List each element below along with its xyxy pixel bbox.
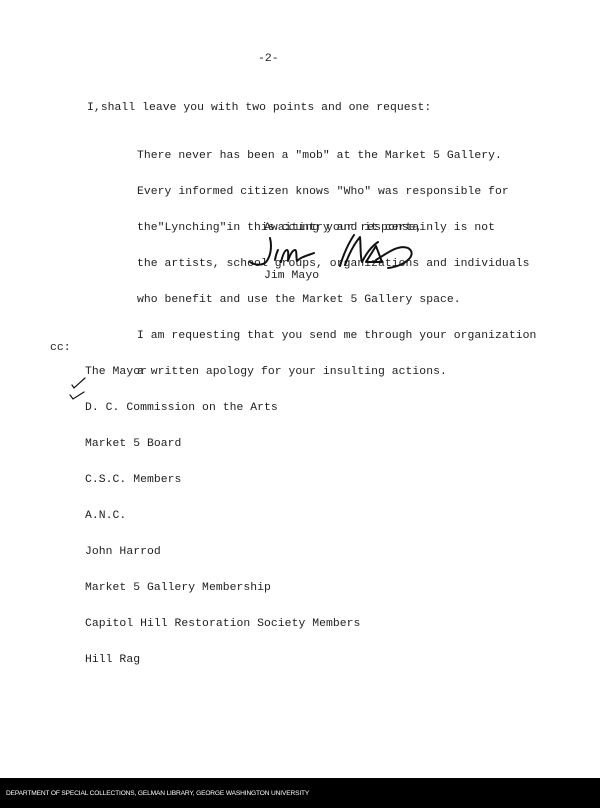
cc-label: cc: [50,342,71,354]
archive-credit: DEPARTMENT OF SPECIAL COLLECTIONS, GELMA… [6,790,309,797]
cc-recipient: John Harrod [85,546,360,558]
cc-recipient: A.N.C. [85,510,360,522]
page-number: -2- [258,53,279,65]
archive-footer: DEPARTMENT OF SPECIAL COLLECTIONS, GELMA… [0,778,600,808]
cc-recipient-list: The Mayor D. C. Commission on the Arts M… [85,342,360,690]
cc-recipient: The Mayor [85,366,360,378]
cc-recipient: Hill Rag [85,654,360,666]
cc-recipient: Market 5 Board [85,438,360,450]
letter-page: -2- I,shall leave you with two points an… [0,0,600,778]
body-line: There never has been a "mob" at the Mark… [137,150,536,162]
handwritten-check-icon [69,389,85,401]
intro-line: I,shall leave you with two points and on… [87,102,431,114]
handwritten-check-icon [71,377,87,389]
cc-recipient: D. C. Commission on the Arts [85,402,360,414]
cc-recipient: Market 5 Gallery Membership [85,582,360,594]
body-line: Every informed citizen knows "Who" was r… [137,186,536,198]
body-line: who benefit and use the Market 5 Gallery… [137,294,536,306]
cc-recipient: C.S.C. Members [85,474,360,486]
signer-name: Jim Mayo [264,270,319,282]
cc-recipient: Capitol Hill Restoration Society Members [85,618,360,630]
handwritten-signature [248,232,418,272]
body-line: I am requesting that you send me through… [137,330,536,342]
